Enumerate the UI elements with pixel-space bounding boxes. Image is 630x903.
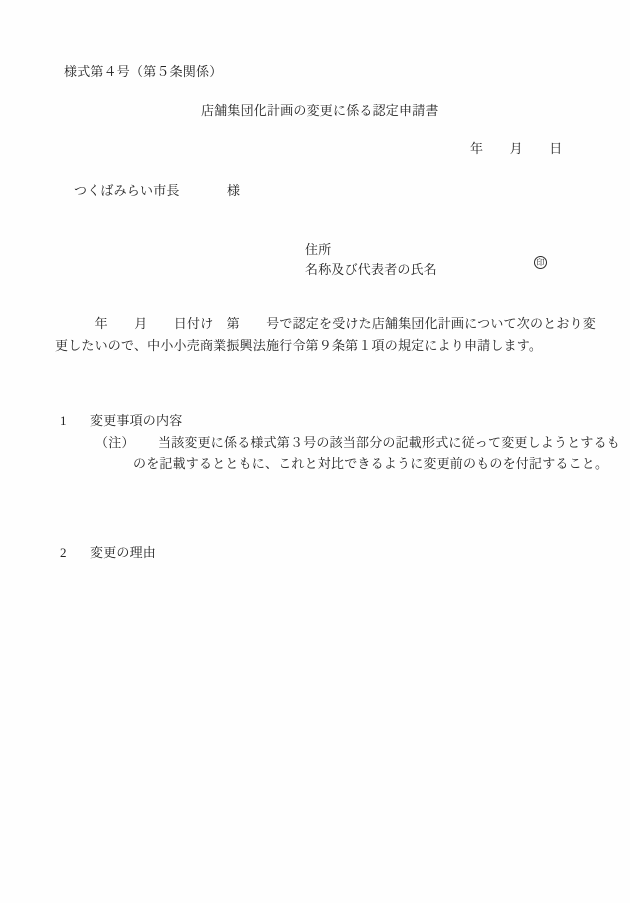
application-body-line-2: 更したいので、中小小売商業振興法施行令第９条第１項の規定により申請します。	[55, 339, 542, 354]
application-body-line-1: 年 月 日付け 第 号で認定を受けた店舗集団化計画について次のとおり変	[55, 317, 596, 332]
seal-character: 印	[537, 259, 545, 267]
section-1-note-line-2: のを記載するとともに、これと対比できるように変更前のものを付記すること。	[133, 457, 608, 472]
document-page: 様式第４号（第５条関係） 店舗集団化計画の変更に係る認定申請書 年 月 日 つく…	[0, 0, 630, 903]
seal-mark-icon: 印	[534, 256, 547, 269]
section-2-heading: 変更の理由	[90, 546, 156, 561]
form-number-label: 様式第４号（第５条関係）	[64, 65, 222, 80]
addressee-name: つくばみらい市長	[74, 184, 180, 199]
section-1-heading: 変更事項の内容	[90, 414, 182, 429]
name-and-representative-label: 名称及び代表者の氏名	[305, 263, 437, 278]
addressee-honorific: 様	[227, 184, 240, 199]
section-1-note-line-1: 当該変更に係る様式第３号の該当部分の記載形式に従って変更しようとするも	[158, 436, 620, 451]
section-1-note-label: （注）	[95, 436, 135, 451]
document-title: 店舗集団化計画の変更に係る認定申請書	[201, 104, 439, 119]
section-2-number: 2	[60, 546, 67, 561]
section-1-number: 1	[60, 414, 67, 429]
date-blank-line: 年 月 日	[470, 142, 562, 157]
address-label: 住所	[305, 243, 331, 258]
